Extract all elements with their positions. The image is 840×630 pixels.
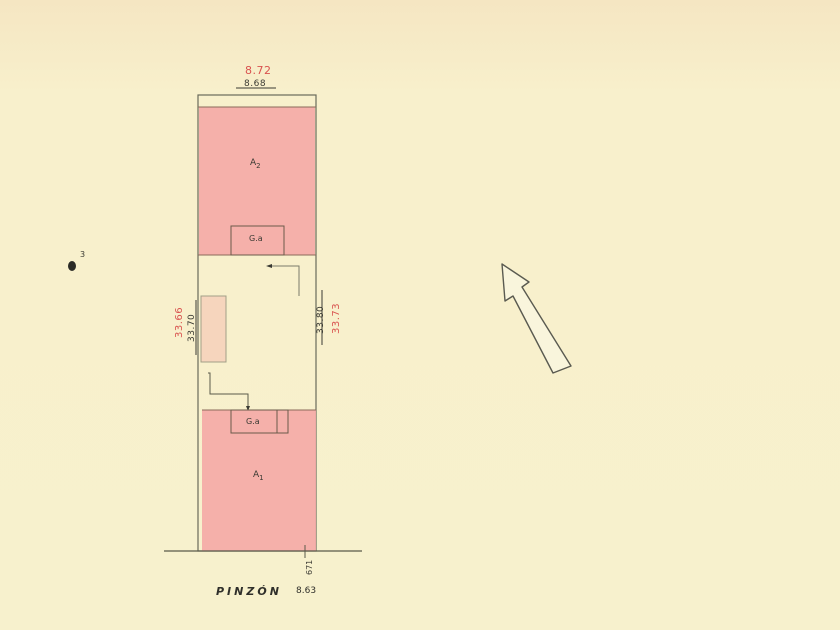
- right-dimension-red: 33.73: [331, 303, 342, 334]
- garage-label-a1: G.a: [246, 417, 260, 426]
- margin-mark: 3: [80, 250, 85, 259]
- street-name: PINZÓN: [216, 585, 282, 598]
- access-arrow-top: [268, 266, 299, 296]
- top-dimension-red: 8.72: [245, 64, 272, 77]
- lot-plan-sheet: 8.72 8.68 A2 G.a G.a A1 33.66 33.70 33.8…: [0, 0, 840, 630]
- area-a2-label: A2: [250, 158, 261, 170]
- area-a2-fill: [199, 107, 315, 255]
- left-dimension-red: 33.66: [174, 307, 185, 338]
- area-a1-label: A1: [253, 470, 264, 482]
- lot-plan-drawing: [0, 0, 840, 630]
- street-number: 671: [305, 560, 314, 575]
- left-dimension-black: 33.70: [187, 314, 197, 342]
- north-arrow-icon: [502, 264, 571, 373]
- ink-mark: [68, 261, 76, 271]
- right-dimension-black: 33.80: [316, 306, 326, 334]
- access-arrow-bottom: [208, 373, 248, 409]
- garage-label-a2: G.a: [249, 234, 263, 243]
- side-structure: [201, 296, 226, 362]
- top-dimension-black: 8.68: [244, 79, 266, 89]
- street-frontage: 8.63: [296, 586, 316, 596]
